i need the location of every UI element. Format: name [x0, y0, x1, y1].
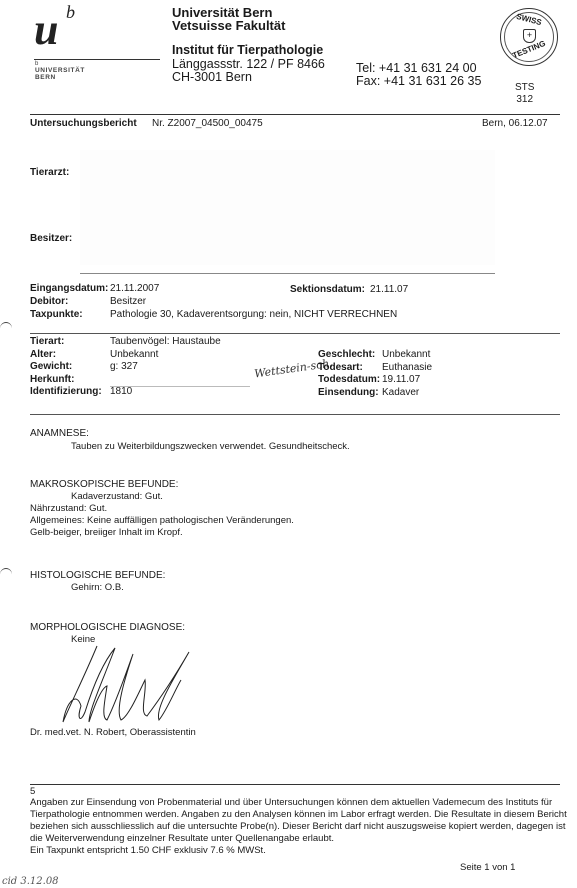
histo-line-1: Gehirn: O.B.	[71, 582, 124, 593]
address-line2: CH-3001 Bern	[172, 71, 325, 84]
identifizierung-value: 1810	[110, 386, 132, 399]
makro-line-3: Allgemeines: Keine auffälligen pathologi…	[30, 515, 294, 526]
signatory-name: Dr. med.vet. N. Robert, Oberassistentin	[30, 727, 196, 738]
institute-name: Institut für Tierpathologie	[172, 43, 323, 57]
anamnese-text: Tauben zu Weiterbildungszwecken verwende…	[71, 441, 350, 452]
report-place-date: Bern, 06.12.07	[482, 118, 548, 129]
report-title: Untersuchungsbericht	[30, 118, 137, 129]
geschlecht-label: Geschlecht:	[318, 349, 382, 362]
logo-wordmark: UNIVERSITÄT BERN	[35, 67, 85, 81]
gewicht-label: Gewicht:	[30, 361, 110, 374]
logo-wordmark-line2: BERN	[35, 74, 85, 81]
animal-row: Geschlecht:Unbekannt	[318, 349, 518, 362]
taxpunkte-label: Taxpunkte:	[30, 309, 83, 320]
debitor-label: Debitor:	[30, 296, 68, 307]
herkunft-underline	[110, 386, 250, 387]
anamnese-divider	[30, 414, 560, 415]
anamnese-heading: ANAMNESE:	[30, 428, 89, 439]
debitor-value: Besitzer	[110, 296, 146, 307]
diagnose-heading: MORPHOLOGISCHE DIAGNOSE:	[30, 622, 185, 633]
animal-row: Gewicht:g: 327	[30, 361, 230, 374]
report-number: Nr. Z2007_04500_00475	[152, 118, 263, 129]
university-logo-superscript: b	[66, 2, 75, 23]
animal-row: Alter:Unbekannt	[30, 349, 230, 362]
page-indicator: Seite 1 von 1	[460, 862, 515, 873]
makro-line-4: Gelb-beiger, breiiger Inhalt im Kropf.	[30, 527, 183, 538]
animal-divider	[30, 333, 560, 334]
animal-row: Todesdatum:19.11.07	[318, 374, 518, 387]
sts-accreditation: STS 312	[515, 82, 534, 106]
logo-divider	[34, 59, 160, 60]
makro-line-1: Kadaverzustand: Gut.	[71, 491, 163, 502]
einsendung-value: Kadaver	[382, 387, 419, 400]
animal-row: Identifizierung:1810	[30, 386, 230, 399]
animal-info-right: Geschlecht:Unbekannt Todesart:Euthanasie…	[318, 349, 518, 399]
makro-heading: MAKROSKOPISCHE BEFUNDE:	[30, 479, 178, 490]
todesdatum-value: 19.11.07	[382, 374, 420, 387]
punch-hole-mark	[0, 568, 12, 581]
header-divider	[30, 114, 560, 115]
sts-number: 312	[515, 94, 534, 106]
university-logo-letter: u	[34, 10, 58, 50]
handwritten-note: cid 3.12.08	[2, 876, 59, 887]
einsendung-label: Einsendung:	[318, 387, 382, 400]
alter-value: Unbekannt	[110, 349, 158, 362]
handwritten-signature	[55, 640, 225, 725]
institute-address: Länggassstr. 122 / PF 8466 CH-3001 Bern	[172, 58, 325, 84]
redacted-address-area	[80, 150, 495, 265]
university-name-block: Universität Bern Vetsuisse Fakultät	[172, 6, 285, 32]
address-divider	[80, 273, 495, 274]
footer-disclaimer: Angaben zur Einsendung von Probenmateria…	[30, 797, 570, 857]
animal-row: Tierart:Taubenvögel: Haustaube	[30, 336, 230, 349]
logo-wordmark-line1: UNIVERSITÄT	[35, 67, 85, 74]
footer-divider	[30, 784, 560, 785]
todesart-value: Euthanasie	[382, 362, 432, 375]
swiss-testing-stamp: SWISS + TESTING	[500, 8, 558, 66]
animal-row: Herkunft:	[30, 374, 230, 387]
vet-label: Tierarzt:	[30, 167, 69, 178]
todesdatum-label: Todesdatum:	[318, 374, 382, 387]
footnote-number: 5	[30, 786, 35, 797]
alter-label: Alter:	[30, 349, 110, 362]
geschlecht-value: Unbekannt	[382, 349, 430, 362]
punch-hole-mark	[0, 322, 12, 335]
tierart-value: Taubenvögel: Haustaube	[110, 336, 221, 349]
owner-label: Besitzer:	[30, 233, 72, 244]
animal-row: Einsendung:Kadaver	[318, 387, 518, 400]
eingangsdatum-value: 21.11.2007	[110, 283, 159, 294]
makro-line-2: Nährzustand: Gut.	[30, 503, 107, 514]
animal-info-left: Tierart:Taubenvögel: Haustaube Alter:Unb…	[30, 336, 230, 399]
sektionsdatum-label: Sektionsdatum:	[290, 284, 365, 295]
faculty-name: Vetsuisse Fakultät	[172, 19, 285, 32]
herkunft-label: Herkunft:	[30, 374, 110, 387]
eingangsdatum-label: Eingangsdatum:	[30, 283, 108, 294]
histo-heading: HISTOLOGISCHE BEFUNDE:	[30, 570, 165, 581]
identifizierung-label: Identifizierung:	[30, 386, 110, 399]
swiss-cross-shield-icon: +	[523, 29, 536, 43]
contact-block: Tel: +41 31 631 24 00 Fax: +41 31 631 26…	[356, 62, 481, 88]
sektionsdatum-value: 21.11.07	[370, 284, 408, 295]
sts-code: STS	[515, 82, 534, 94]
gewicht-value: g: 327	[110, 361, 138, 374]
tierart-label: Tierart:	[30, 336, 110, 349]
todesart-label: Todesart:	[318, 362, 382, 375]
taxpunkt-info: Ein Taxpunkt entspricht 1.50 CHF exklusi…	[30, 845, 570, 857]
taxpunkte-value: Pathologie 30, Kadaverentsorgung: nein, …	[110, 309, 397, 320]
disclaimer-text: Angaben zur Einsendung von Probenmateria…	[30, 797, 570, 845]
fax: Fax: +41 31 631 26 35	[356, 75, 481, 88]
animal-row: Todesart:Euthanasie	[318, 362, 518, 375]
